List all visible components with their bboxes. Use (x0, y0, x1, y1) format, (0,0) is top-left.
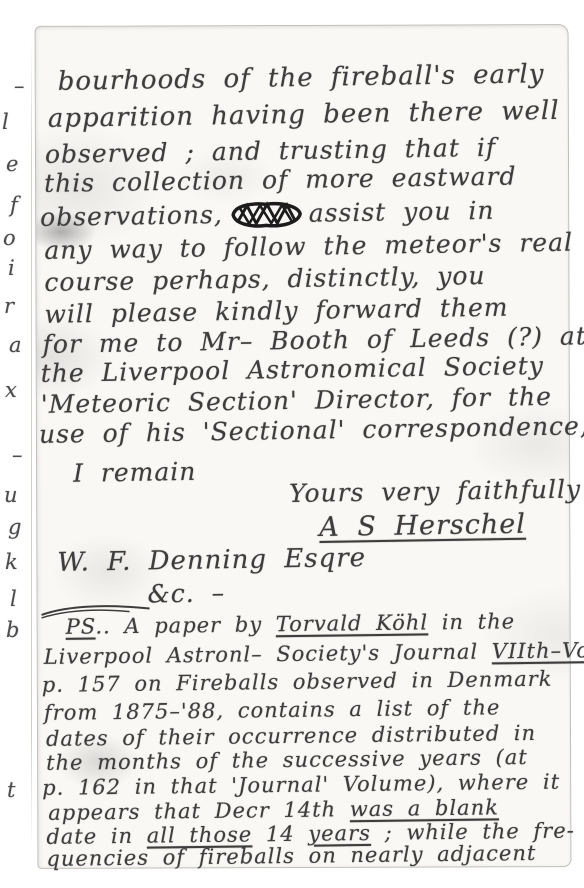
signature: A S Herschel (319, 509, 526, 543)
closing-remain: I remain (73, 457, 197, 488)
gutter-strip: – l e f o i r a x – u g k l b t (0, 0, 36, 888)
signature-name: A S Herschel (319, 509, 526, 543)
closing-valediction: Yours very faithfully (289, 474, 581, 508)
postscript-text: years (308, 821, 371, 846)
gutter-fragment: k (5, 550, 18, 574)
gutter-fragment: t (7, 778, 15, 802)
gutter-fragment: x (5, 378, 17, 402)
gutter-fragment: u (4, 483, 18, 507)
gutter-fragment: g (8, 515, 21, 539)
facing-page-edge (31, 40, 32, 850)
gutter-fragment: – (14, 74, 25, 98)
postscript-text: VIIth–Vol. (492, 638, 584, 663)
gutter-fragment: o (3, 226, 16, 250)
letter-line: bourhoods of the fireball's early (57, 59, 544, 97)
letter-line: course perhaps, distinctly, you (44, 261, 486, 297)
letter-page: bourhoods of the fireball's early appari… (35, 24, 572, 869)
postscript-text: 14 (252, 822, 308, 847)
postscript-text: in the (428, 609, 515, 634)
addressee-etc: &c. – (147, 578, 225, 608)
letter-line: apparition having been there well (48, 96, 560, 134)
gutter-fragment: l (10, 587, 17, 611)
scribbled-out-word (229, 200, 304, 235)
postscript-line: p. 157 on Fireballs observed in Denmark (42, 667, 553, 697)
gutter-fragment: r (4, 294, 14, 318)
postscript-line: from 1875–'88, contains a list of the (44, 695, 501, 725)
gutter-fragment: b (6, 618, 19, 642)
gutter-fragment: f (10, 193, 18, 217)
postscript-line: Liverpool Astronl– Society's Journal VII… (44, 638, 584, 669)
gutter-fragment: a (9, 333, 22, 357)
postscript-text: .. A paper by (95, 612, 276, 638)
postscript-text: was a blank (350, 795, 499, 821)
postscript-text: Torvald Köhl (276, 610, 429, 636)
letter-text: observations, (40, 200, 223, 232)
letter-text: assist you in (309, 196, 495, 228)
postscript-text: Liverpool Astronl– Society's Journal (44, 639, 492, 668)
addressee-name: W. F. Denning Esqre (57, 543, 366, 578)
letter-line: this collection of more eastward (44, 161, 517, 197)
gutter-fragment: e (6, 152, 18, 176)
postscript-text: PS (65, 614, 95, 638)
gutter-fragment: l (2, 110, 9, 134)
gutter-fragment: i (8, 256, 15, 280)
postscript-line: PS.. A paper by Torvald Köhl in the (65, 609, 515, 638)
gutter-fragment: – (12, 443, 23, 467)
postscript-line: quencies of fireballs on nearly adjacent (46, 841, 536, 871)
